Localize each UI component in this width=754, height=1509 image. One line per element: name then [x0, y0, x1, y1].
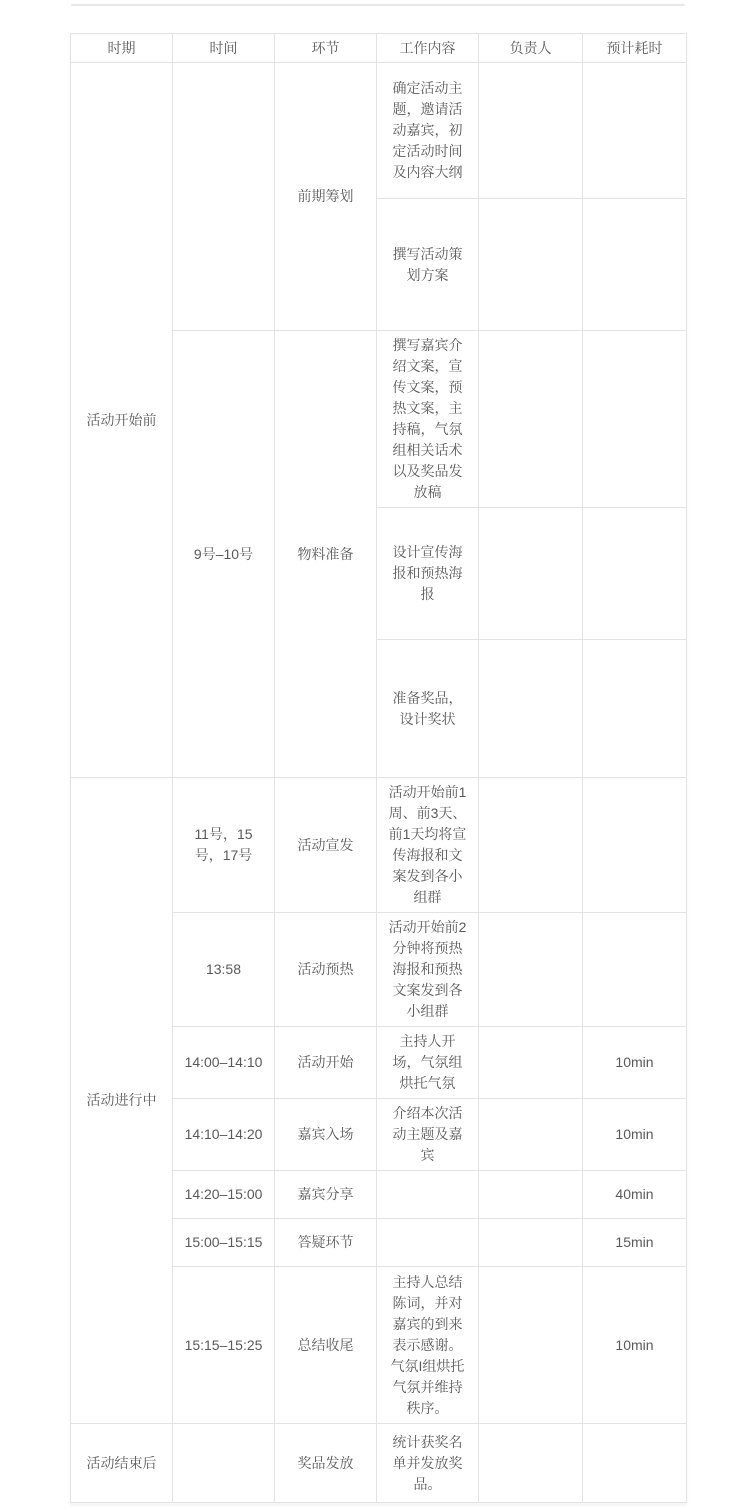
cell-owner-empty	[479, 1424, 583, 1503]
cell-period-during: 活动进行中	[71, 778, 173, 1424]
cell-content-opening: 主持人开场，气氛组烘托气氛	[377, 1027, 479, 1099]
page-top-divider	[71, 4, 685, 6]
cell-time-promo: 11号，15号，17号	[173, 778, 275, 913]
cell-duration-empty	[583, 1424, 687, 1503]
cell-time-qa: 15:00–15:15	[173, 1219, 275, 1267]
column-header-owner: 负责人	[479, 34, 583, 63]
cell-duration-empty	[583, 778, 687, 913]
cell-period-after: 活动结束后	[71, 1424, 173, 1503]
cell-duration-closing: 10min	[583, 1267, 687, 1424]
cell-content-plan-doc: 撰写活动策划方案	[377, 199, 479, 331]
cell-owner-empty	[479, 331, 583, 508]
cell-stage-prize: 奖品发放	[275, 1424, 377, 1503]
cell-stage-planning: 前期筹划	[275, 63, 377, 331]
cell-time-guest-entry: 14:10–14:20	[173, 1099, 275, 1171]
column-header-content: 工作内容	[377, 34, 479, 63]
cell-content-prizes-prep: 准备奖品，设计奖状	[377, 640, 479, 778]
cell-content-copywriting: 撰写嘉宾介绍文案，宣传文案，预热文案，主持稿，气氛组相关话术以及奖品发放稿	[377, 331, 479, 508]
cell-stage-guest-share: 嘉宾分享	[275, 1171, 377, 1219]
cell-content-theme: 确定活动主题，邀请活动嘉宾，初定活动时间及内容大纲	[377, 63, 479, 199]
table-row: 活动结束后 奖品发放 统计获奖名单并发放奖品。	[71, 1424, 687, 1503]
cell-stage-warmup: 活动预热	[275, 913, 377, 1027]
cell-stage-qa: 答疑环节	[275, 1219, 377, 1267]
cell-owner-empty	[479, 1099, 583, 1171]
cell-duration-guest-entry: 10min	[583, 1099, 687, 1171]
cell-duration-qa: 15min	[583, 1219, 687, 1267]
cell-content-promo-push: 活动开始前1周、前3天、前1天均将宣传海报和文案发到各小组群	[377, 778, 479, 913]
column-header-time: 时间	[173, 34, 275, 63]
cell-period-before: 活动开始前	[71, 63, 173, 778]
event-schedule-table: 时期 时间 环节 工作内容 负责人 预计耗时 活动开始前 前期筹划 确定活动主题…	[70, 33, 687, 1503]
cell-stage-material: 物料准备	[275, 331, 377, 778]
cell-content-intro-guests: 介绍本次活动主题及嘉宾	[377, 1099, 479, 1171]
cell-owner-empty	[479, 1219, 583, 1267]
cell-content-qa	[377, 1219, 479, 1267]
header-row: 时期 时间 环节 工作内容 负责人 预计耗时	[71, 34, 687, 63]
cell-duration-empty	[583, 913, 687, 1027]
table-row: 活动开始前 前期筹划 确定活动主题，邀请活动嘉宾，初定活动时间及内容大纲	[71, 63, 687, 199]
cell-content-warmup-push: 活动开始前2分钟将预热海报和预热文案发到各小组群	[377, 913, 479, 1027]
cell-owner-empty	[479, 913, 583, 1027]
cell-duration-opening: 10min	[583, 1027, 687, 1099]
cell-owner-empty	[479, 1027, 583, 1099]
cell-owner-empty	[479, 63, 583, 199]
cell-time-closing: 15:15–15:25	[173, 1267, 275, 1424]
cell-content-prize-send: 统计获奖名单并发放奖品。	[377, 1424, 479, 1503]
cell-content-posters: 设计宣传海报和预热海报	[377, 508, 479, 640]
cell-owner-empty	[479, 640, 583, 778]
cell-owner-empty	[479, 778, 583, 913]
column-header-duration: 预计耗时	[583, 34, 687, 63]
cell-time-planning-empty	[173, 63, 275, 331]
cell-duration-guest-share: 40min	[583, 1171, 687, 1219]
column-header-period: 时期	[71, 34, 173, 63]
cell-content-closing: 主持人总结陈词，并对嘉宾的到来表示感谢。气氛I组烘托气氛并维持秩序。	[377, 1267, 479, 1424]
column-header-stage: 环节	[275, 34, 377, 63]
cell-content-guest-share	[377, 1171, 479, 1219]
cell-owner-empty	[479, 199, 583, 331]
cell-duration-empty	[583, 199, 687, 331]
cell-duration-empty	[583, 508, 687, 640]
cell-duration-empty	[583, 331, 687, 508]
cell-stage-closing: 总结收尾	[275, 1267, 377, 1424]
cell-stage-guest-entry: 嘉宾入场	[275, 1099, 377, 1171]
cell-stage-opening: 活动开始	[275, 1027, 377, 1099]
cell-time-opening: 14:00–14:10	[173, 1027, 275, 1099]
schedule-table: 时期 时间 环节 工作内容 负责人 预计耗时 活动开始前 前期筹划 确定活动主题…	[70, 33, 687, 1503]
cell-owner-empty	[479, 1267, 583, 1424]
cell-owner-empty	[479, 1171, 583, 1219]
cell-time-material: 9号–10号	[173, 331, 275, 778]
cell-duration-empty	[583, 63, 687, 199]
cell-owner-empty	[479, 508, 583, 640]
cell-time-warmup: 13:58	[173, 913, 275, 1027]
table-row: 活动进行中 11号，15号，17号 活动宣发 活动开始前1周、前3天、前1天均将…	[71, 778, 687, 913]
cell-time-guest-share: 14:20–15:00	[173, 1171, 275, 1219]
cell-stage-promo: 活动宣发	[275, 778, 377, 913]
cell-duration-empty	[583, 640, 687, 778]
cell-time-after-empty	[173, 1424, 275, 1503]
